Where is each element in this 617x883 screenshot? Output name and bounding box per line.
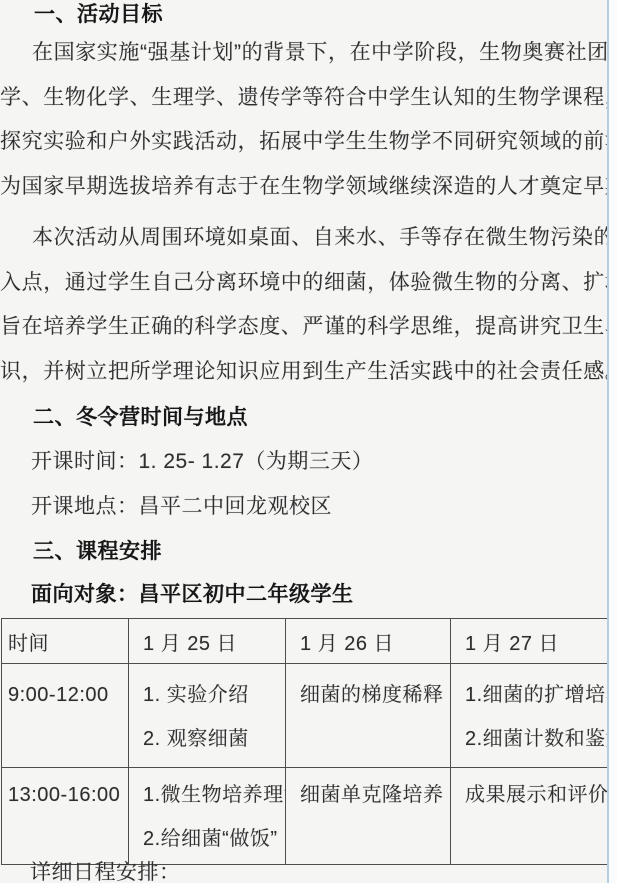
schedule-cell: 1. 实验介绍2. 观察细菌 [129, 664, 286, 768]
schedule-table-grid: 时间1 月 25 日1 月 26 日1 月 27 日9:00-12:001. 实… [1, 618, 613, 865]
schedule-row: 13:00-16:001.微生物培养理论2.给细菌“做饭”细菌单克隆培养成果展示… [2, 768, 613, 865]
text-line: 2.细菌计数和鉴定 [465, 717, 612, 761]
schedule-cell: 成果展示和评价 [451, 768, 613, 865]
schedule-header-row: 时间1 月 25 日1 月 26 日1 月 27 日 [2, 619, 613, 664]
text-line: 细菌单克隆培养 [300, 773, 450, 817]
schedule-row: 9:00-12:001. 实验介绍2. 观察细菌细菌的梯度稀释1.细菌的扩增培养… [2, 664, 613, 768]
schedule-header-cell: 时间 [2, 619, 129, 664]
text-line: 识，并树立把所学理论知识应用到生产生活实践中的社会责任感。 [0, 350, 611, 395]
text-line: 2. 观察细菌 [143, 717, 285, 761]
schedule-table: 时间1 月 25 日1 月 26 日1 月 27 日9:00-12:001. 实… [1, 618, 612, 865]
schedule-time-cell: 9:00-12:00 [2, 664, 129, 768]
target-audience-line: 面向对象：昌平区初中二年级学生 [31, 580, 354, 610]
course-time-line: 开课时间：1. 25- 1.27（为期三天） [31, 447, 373, 477]
course-place-line: 开课地点：昌平二中回龙观校区 [31, 492, 332, 522]
text-line: 在国家实施“强基计划”的背景下，在中学阶段，生物奥赛社团开设微生物 [0, 31, 611, 76]
schedule-cell: 1.微生物培养理论2.给细菌“做饭” [129, 768, 286, 865]
text-line: 成果展示和评价 [465, 773, 612, 817]
text-line: 学、生物化学、生理学、遗传学等符合中学生认知的生物学课程，开展多种科学 [0, 76, 611, 121]
text-line: 探究实验和户外实践活动，拓展中学生生物学不同研究领域的前沿知识和技能， [0, 120, 611, 165]
text-line: 13:00-16:00 [8, 773, 128, 817]
text-line: 1. 实验介绍 [143, 673, 285, 717]
page-edge-strip [609, 0, 617, 883]
schedule-time-cell: 13:00-16:00 [2, 768, 129, 865]
detailed-schedule-label: 详细日程安排： [30, 858, 181, 883]
schedule-cell: 细菌单克隆培养 [286, 768, 451, 865]
schedule-cell: 细菌的梯度稀释 [286, 664, 451, 768]
section-heading-camp-time-place: 二、冬令营时间与地点 [33, 403, 248, 433]
page-edge-line [607, 0, 609, 883]
text-line: 9:00-12:00 [8, 673, 128, 717]
text-line: 1.细菌的扩增培养 [465, 673, 612, 717]
paragraph-activity-background: 本次活动从周围环境如桌面、自来水、手等存在微生物污染的实际问题为切入点，通过学生… [0, 216, 611, 394]
schedule-header-cell: 1 月 27 日 [451, 619, 613, 664]
text-line: 本次活动从周围环境如桌面、自来水、手等存在微生物污染的实际问题为切 [0, 216, 611, 261]
section-heading-course-schedule: 三、课程安排 [33, 537, 162, 567]
section-heading-activity-goal: 一、活动目标 [34, 0, 163, 30]
text-line: 为国家早期选拔培养有志于在生物学领域继续深造的人才奠定早期基础。 [0, 165, 611, 210]
paragraph-activity-goal: 在国家实施“强基计划”的背景下，在中学阶段，生物奥赛社团开设微生物学、生物化学、… [0, 31, 611, 209]
text-line: 旨在培养学生正确的科学态度、严谨的科学思维，提高讲究卫生、健康生活的意 [0, 305, 611, 350]
text-line: 入点，通过学生自己分离环境中的细菌，体验微生物的分离、扩增和鉴定过程， [0, 261, 611, 306]
schedule-header-cell: 1 月 25 日 [129, 619, 286, 664]
text-line: 1.微生物培养理论 [143, 773, 285, 817]
text-line: 2.给细菌“做饭” [143, 817, 285, 861]
schedule-header-cell: 1 月 26 日 [286, 619, 451, 664]
schedule-cell: 1.细菌的扩增培养2.细菌计数和鉴定 [451, 664, 613, 768]
text-line: 细菌的梯度稀释 [300, 673, 450, 717]
document-page: 一、活动目标 在国家实施“强基计划”的背景下，在中学阶段，生物奥赛社团开设微生物… [0, 0, 617, 883]
